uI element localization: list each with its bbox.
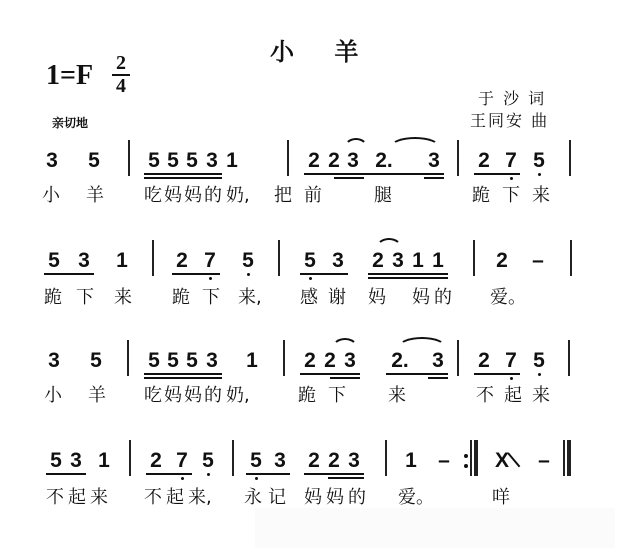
note: 3	[330, 250, 346, 272]
note: 3	[346, 450, 362, 472]
note: 5	[302, 250, 318, 272]
note: 5	[48, 450, 64, 472]
low-octave-dot	[510, 177, 513, 180]
faded-watermark-area	[255, 508, 615, 548]
lyric: 妈	[182, 386, 204, 406]
lyric: 奶,	[226, 386, 260, 406]
slur	[376, 238, 402, 248]
note: 5	[531, 150, 547, 172]
note: 2	[306, 450, 322, 472]
repeat-barline-thick	[474, 440, 478, 476]
low-octave-dot	[255, 477, 258, 480]
underline	[334, 177, 364, 179]
lyric: 记	[266, 488, 288, 508]
note: 2.	[372, 150, 396, 172]
low-octave-dot	[247, 273, 250, 276]
final-barline-thick	[567, 440, 571, 476]
lyric: 来	[112, 288, 134, 308]
note: 5	[200, 450, 216, 472]
lyric: 感	[298, 288, 320, 308]
note: 3	[204, 150, 220, 172]
underline	[328, 477, 364, 479]
note: 5	[86, 150, 102, 172]
barline	[457, 340, 459, 376]
song-title: 小 羊	[270, 32, 374, 67]
note: 1	[244, 350, 260, 372]
note: 2	[326, 450, 342, 472]
note: 2	[302, 350, 318, 372]
time-signature-top: 2	[112, 54, 130, 73]
note: 3	[46, 350, 62, 372]
note: 5	[165, 350, 181, 372]
lyric: 妈	[182, 186, 204, 206]
lyric: 下	[200, 288, 222, 308]
note: 3	[204, 350, 220, 372]
underline	[44, 273, 94, 275]
barline	[569, 140, 571, 176]
note: 2	[174, 250, 190, 272]
lyric: 永	[242, 488, 264, 508]
lyric: 奶,	[226, 186, 260, 206]
composer-credit: 王同安 曲	[470, 108, 549, 131]
lyric: 妈	[410, 288, 432, 308]
barline	[385, 440, 387, 476]
underline	[368, 277, 448, 279]
low-octave-dot	[510, 377, 513, 380]
key-signature: 1=F	[46, 60, 93, 92]
underline	[300, 273, 348, 275]
underline	[144, 177, 222, 179]
underline	[144, 173, 222, 175]
note: 2	[326, 150, 342, 172]
barline	[283, 340, 285, 376]
note: 5	[184, 150, 200, 172]
note: 1	[403, 450, 419, 472]
repeat-barline	[470, 440, 472, 476]
barline	[129, 440, 131, 476]
lyric: 腿	[372, 186, 394, 206]
final-barline	[563, 440, 565, 476]
note: 7	[174, 450, 190, 472]
note: 5	[165, 150, 181, 172]
note: 7	[503, 350, 519, 372]
note: 2	[476, 150, 492, 172]
note: 3	[68, 450, 84, 472]
note: 1	[96, 450, 112, 472]
lyric: 起	[502, 386, 524, 406]
barline	[152, 240, 154, 276]
lyric: 来	[386, 386, 408, 406]
note: 1	[114, 250, 130, 272]
repeat-dot	[464, 454, 468, 458]
underline	[172, 273, 220, 275]
note: 3	[272, 450, 288, 472]
note: 3	[430, 350, 446, 372]
lyric: 起	[164, 488, 186, 508]
barline	[278, 240, 280, 276]
barline	[232, 440, 234, 476]
low-octave-dot	[538, 373, 541, 376]
note: 5	[46, 250, 62, 272]
lyric: 妈	[366, 288, 388, 308]
note: 2	[306, 150, 322, 172]
lyric: 的	[432, 288, 454, 308]
underline	[300, 373, 360, 375]
low-octave-dot	[538, 173, 541, 176]
time-signature-bottom: 4	[112, 77, 130, 96]
note: 2	[494, 250, 510, 272]
lyric: 吃	[142, 386, 164, 406]
note: 2.	[388, 350, 412, 372]
note: 3	[390, 250, 406, 272]
note: 5	[531, 350, 547, 372]
lyric: 羊	[86, 386, 108, 406]
note: 1	[410, 250, 426, 272]
barline	[570, 240, 572, 276]
underline	[474, 373, 520, 375]
underline	[146, 473, 192, 475]
underline	[246, 473, 290, 475]
underline	[474, 173, 520, 175]
underline	[386, 373, 448, 375]
note: 7	[503, 150, 519, 172]
note: 5	[248, 450, 264, 472]
underline	[304, 473, 364, 475]
tempo-marking: 亲切地	[52, 114, 88, 131]
lyric: 的	[346, 488, 368, 508]
low-octave-dot	[309, 277, 312, 280]
note: 3	[44, 150, 60, 172]
lyric: 跪	[170, 288, 192, 308]
lyric: 妈	[162, 186, 184, 206]
lyric: 不	[474, 386, 496, 406]
slur	[344, 138, 368, 148]
lyric: 来,	[238, 288, 272, 308]
lyric: 下	[500, 186, 522, 206]
repeat-dot	[464, 464, 468, 468]
lyric: 跪	[296, 386, 318, 406]
slur	[398, 337, 446, 347]
lyric: 来	[530, 186, 552, 206]
note: 5	[146, 350, 162, 372]
lyric: 的	[202, 186, 224, 206]
lyric: 下	[326, 386, 348, 406]
dash: –	[536, 450, 552, 472]
lyric: 谢	[326, 288, 348, 308]
barline	[127, 340, 129, 376]
lyric: 不	[142, 488, 164, 508]
note: 7	[202, 250, 218, 272]
note: 3	[426, 150, 442, 172]
barline	[287, 140, 289, 176]
low-octave-dot	[209, 277, 212, 280]
lyric: 妈	[162, 386, 184, 406]
note: 5	[146, 150, 162, 172]
underline	[424, 177, 444, 179]
lyric: 吃	[142, 186, 164, 206]
lyric: 不	[44, 488, 66, 508]
note: 2	[370, 250, 386, 272]
underline	[428, 377, 448, 379]
barline	[568, 340, 570, 376]
lyric: 来,	[188, 488, 222, 508]
barline	[128, 140, 130, 176]
underline	[144, 373, 222, 375]
note: 1	[430, 250, 446, 272]
underline	[368, 273, 448, 275]
lyric: 把	[272, 186, 294, 206]
dash: –	[530, 250, 546, 272]
note: 3	[76, 250, 92, 272]
slur	[390, 137, 440, 147]
lyric: 妈	[324, 488, 346, 508]
note: 3	[345, 150, 361, 172]
time-signature: 2 4	[112, 54, 130, 96]
lyric: 爱。	[490, 288, 524, 308]
lyric: 咩	[490, 488, 512, 508]
underline	[304, 173, 444, 175]
lyric: 小	[42, 386, 64, 406]
lyric: 羊	[84, 186, 106, 206]
lyricist-credit: 于 沙 词	[478, 86, 546, 109]
note: 2	[148, 450, 164, 472]
lyric: 来	[530, 386, 552, 406]
barline	[457, 140, 459, 176]
note: 5	[240, 250, 256, 272]
lyric: 的	[202, 386, 224, 406]
lyric: 小	[40, 186, 62, 206]
underline	[144, 377, 222, 379]
note: 1	[224, 150, 240, 172]
lyric: 跪	[470, 186, 492, 206]
note: 2	[322, 350, 338, 372]
low-octave-dot	[207, 473, 210, 476]
lyric: 妈	[302, 488, 324, 508]
lyric: 跪	[42, 288, 64, 308]
note: 5	[88, 350, 104, 372]
note: 5	[184, 350, 200, 372]
lyric: 下	[74, 288, 96, 308]
lyric: 前	[302, 186, 324, 206]
note: 3	[342, 350, 358, 372]
lyric: 来	[88, 488, 110, 508]
slur	[332, 338, 358, 348]
note: 2	[476, 350, 492, 372]
barline	[473, 240, 475, 276]
low-octave-dot	[181, 477, 184, 480]
lyric: 起	[66, 488, 88, 508]
underline	[46, 473, 86, 475]
underline	[330, 377, 360, 379]
dash: –	[436, 450, 452, 472]
lyric: 爱。	[398, 488, 432, 508]
